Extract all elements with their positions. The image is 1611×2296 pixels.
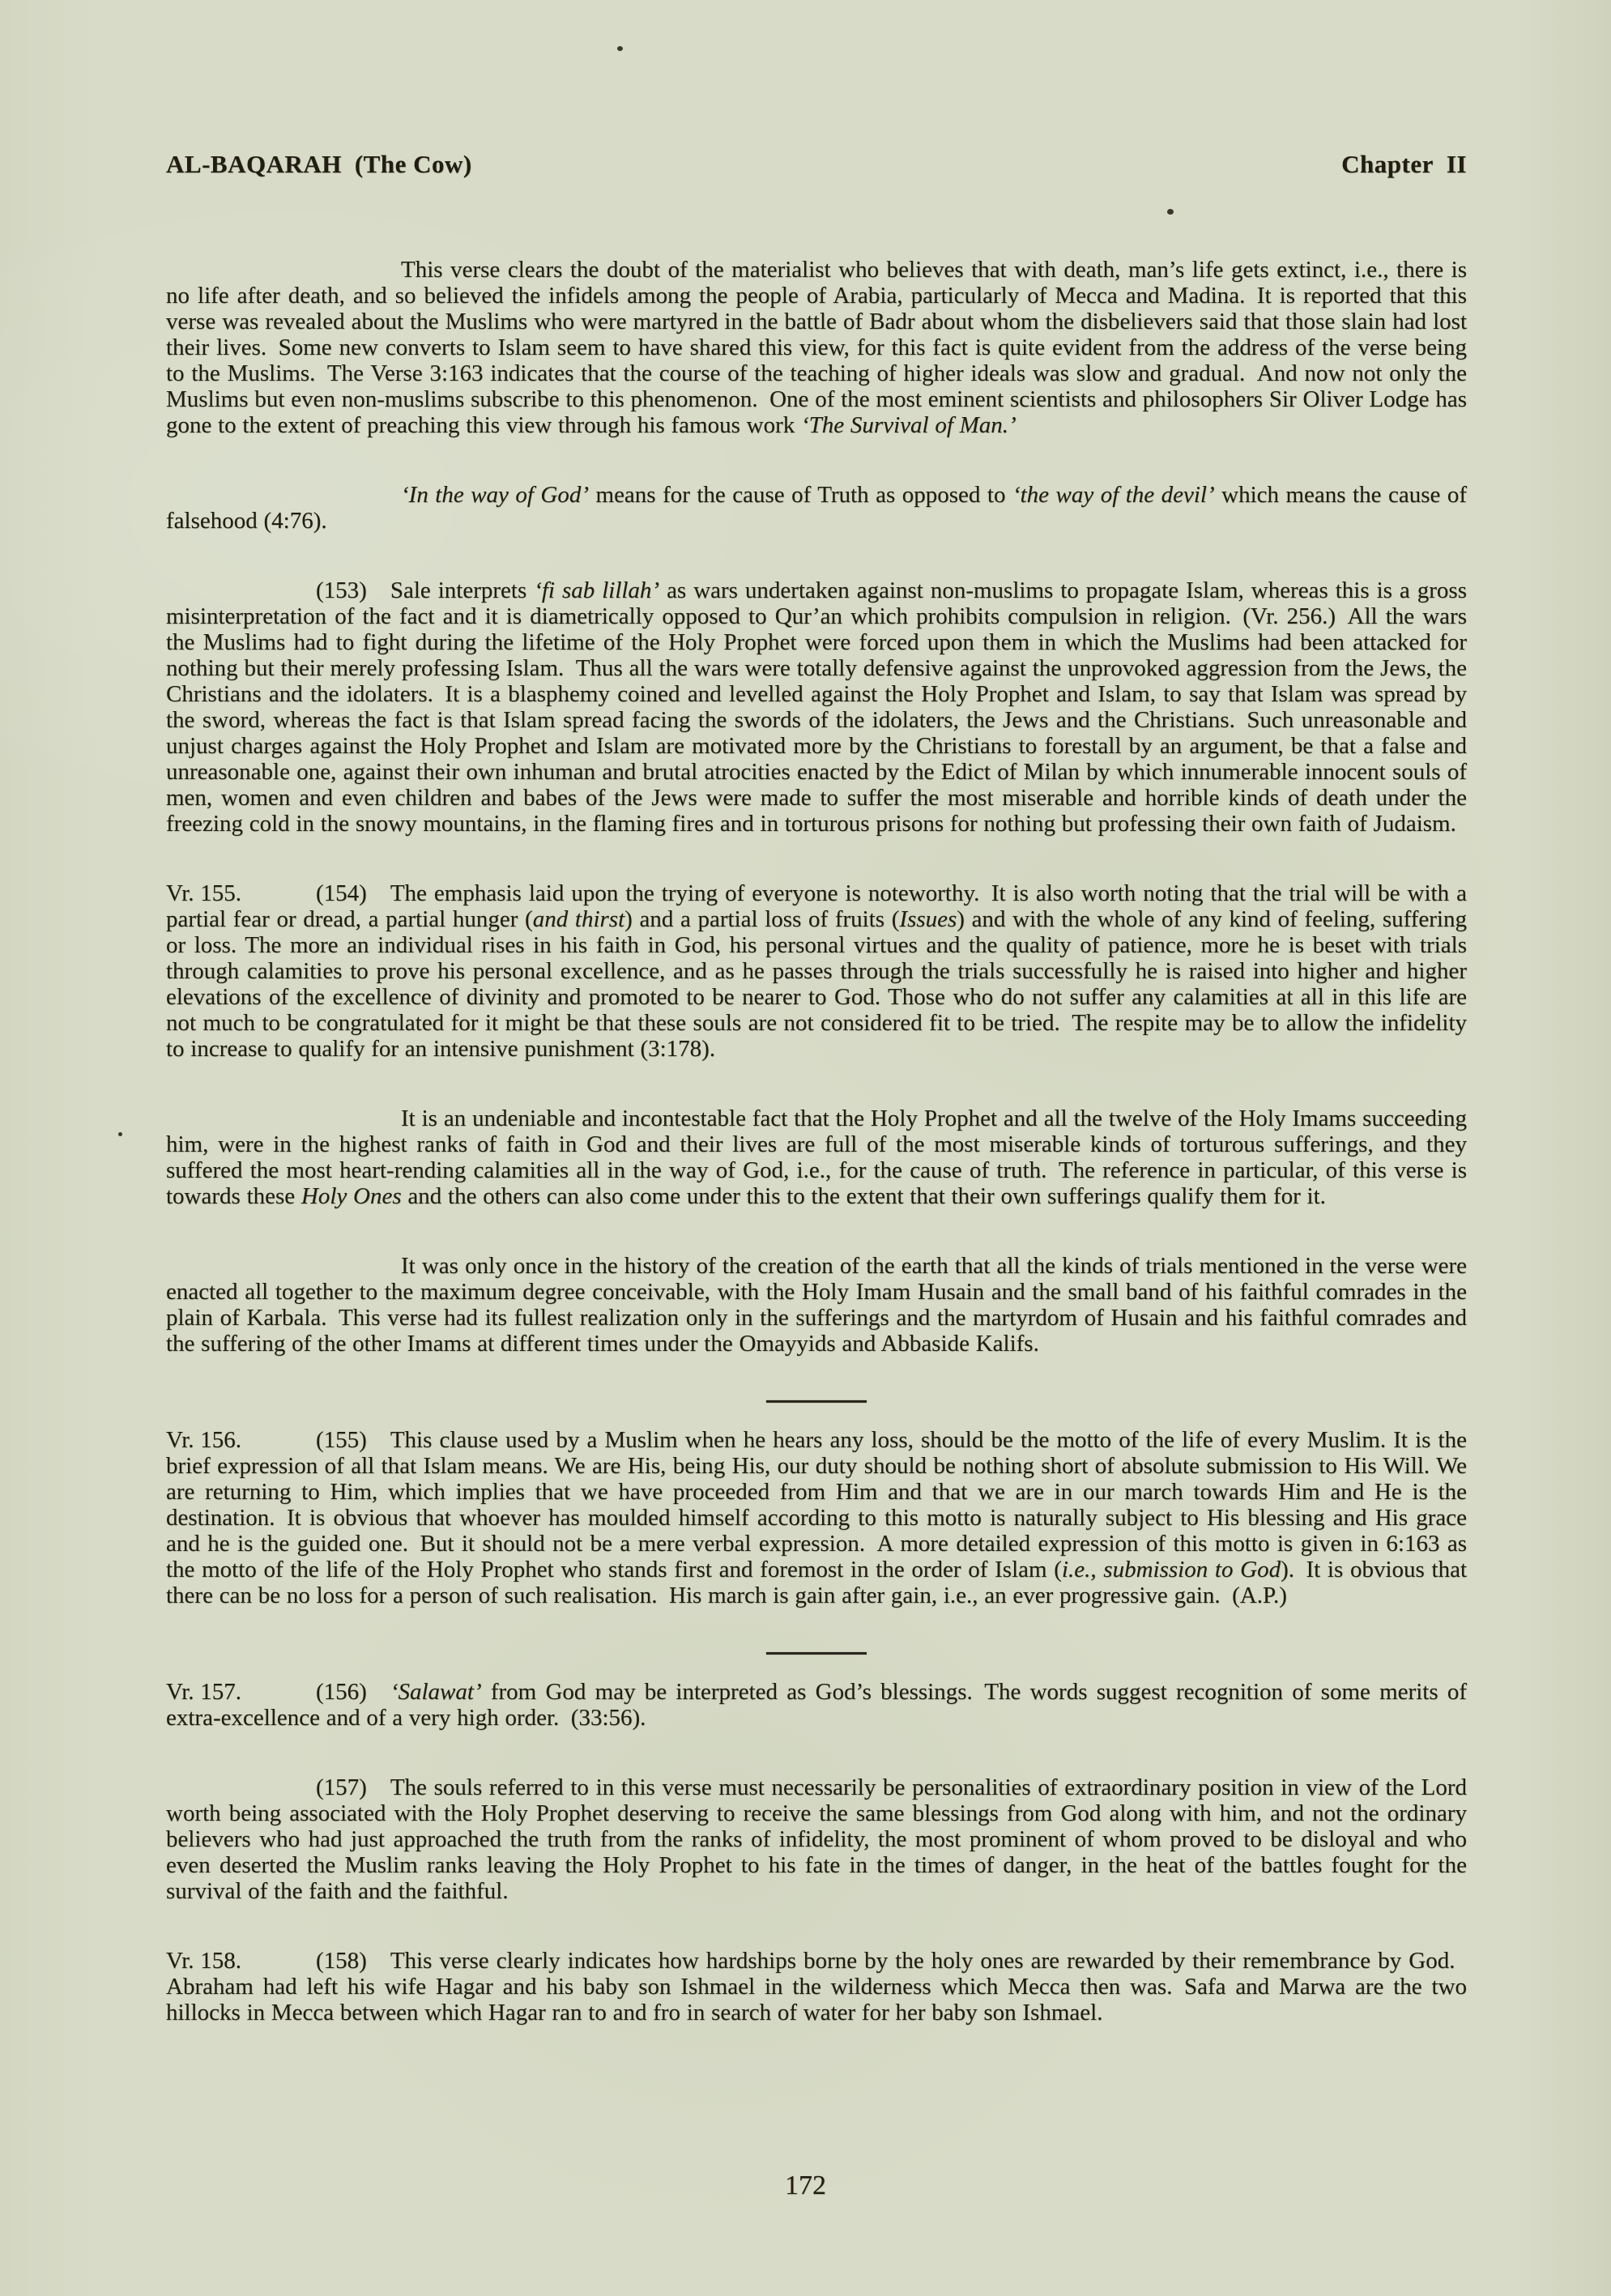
commentary-paragraph: (157) The souls referred to in this vers… bbox=[166, 1774, 1467, 1904]
text-segment: ‘fi sab lillah’ bbox=[534, 577, 659, 603]
text-segment: and the others can also come under this … bbox=[402, 1183, 1326, 1209]
text-segment: (153) Sale interprets bbox=[316, 577, 534, 603]
text-segment: ‘Salawat’ bbox=[390, 1679, 482, 1705]
page-footer: 172 bbox=[0, 2170, 1611, 2201]
commentary-paragraph: It is an undeniable and incontestable fa… bbox=[166, 1105, 1467, 1209]
commentary-paragraph: It was only once in the history of the c… bbox=[166, 1253, 1467, 1357]
text-segment: ‘the way of the devil’ bbox=[1012, 482, 1215, 508]
text-segment: ‘The Survival of Man.’ bbox=[801, 412, 1016, 438]
section-title: AL-BAQARAH (The Cow) bbox=[166, 150, 472, 179]
text-segment: Issues bbox=[899, 906, 957, 932]
commentary-paragraph: Vr. 155.(154) The emphasis laid upon the… bbox=[166, 880, 1467, 1062]
page-content: AL-BAQARAH (The Cow) Chapter II This ver… bbox=[166, 150, 1467, 2069]
text-segment: and thirst bbox=[533, 906, 624, 932]
section-divider-rule bbox=[766, 1400, 867, 1403]
commentary-body: This verse clears the doubt of the mater… bbox=[166, 257, 1467, 2026]
page-header: AL-BAQARAH (The Cow) Chapter II bbox=[166, 150, 1467, 179]
ink-speck bbox=[617, 46, 623, 51]
text-segment: It was only once in the history of the c… bbox=[166, 1253, 1467, 1357]
book-page: AL-BAQARAH (The Cow) Chapter II This ver… bbox=[0, 0, 1611, 2296]
chapter-title: Chapter II bbox=[1341, 150, 1467, 179]
text-segment: ) and a partial loss of fruits ( bbox=[624, 906, 899, 932]
text-segment: as wars undertaken against non-muslims t… bbox=[166, 577, 1467, 837]
verse-label: Vr. 155. bbox=[166, 880, 316, 906]
text-segment: ‘In the way of God’ bbox=[401, 482, 589, 508]
commentary-paragraph: (153) Sale interprets ‘fi sab lillah’ as… bbox=[166, 577, 1467, 837]
text-segment: i.e., submission to God bbox=[1062, 1557, 1281, 1582]
text-segment: This verse clears the doubt of the mater… bbox=[166, 257, 1467, 438]
ink-speck bbox=[118, 1132, 122, 1136]
text-segment: Holy Ones bbox=[301, 1183, 402, 1209]
verse-label: Vr. 158. bbox=[166, 1948, 316, 1974]
page-number: 172 bbox=[785, 2170, 826, 2200]
text-segment: means for the cause of Truth as opposed … bbox=[589, 482, 1012, 508]
text-segment: (158) This verse clearly indicates how h… bbox=[166, 1948, 1467, 2026]
verse-label: Vr. 156. bbox=[166, 1427, 316, 1453]
verse-label: Vr. 157. bbox=[166, 1679, 316, 1705]
text-segment: (157) The souls referred to in this vers… bbox=[166, 1774, 1467, 1904]
section-divider-rule bbox=[766, 1652, 867, 1655]
commentary-paragraph: ‘In the way of God’ means for the cause … bbox=[166, 482, 1467, 534]
commentary-paragraph: Vr. 157.(156) ‘Salawat’ from God may be … bbox=[166, 1679, 1467, 1731]
commentary-paragraph: This verse clears the doubt of the mater… bbox=[166, 257, 1467, 438]
commentary-paragraph: Vr. 156.(155) This clause used by a Musl… bbox=[166, 1427, 1467, 1608]
commentary-paragraph: Vr. 158.(158) This verse clearly indicat… bbox=[166, 1948, 1467, 2026]
text-segment: (156) bbox=[316, 1679, 390, 1705]
